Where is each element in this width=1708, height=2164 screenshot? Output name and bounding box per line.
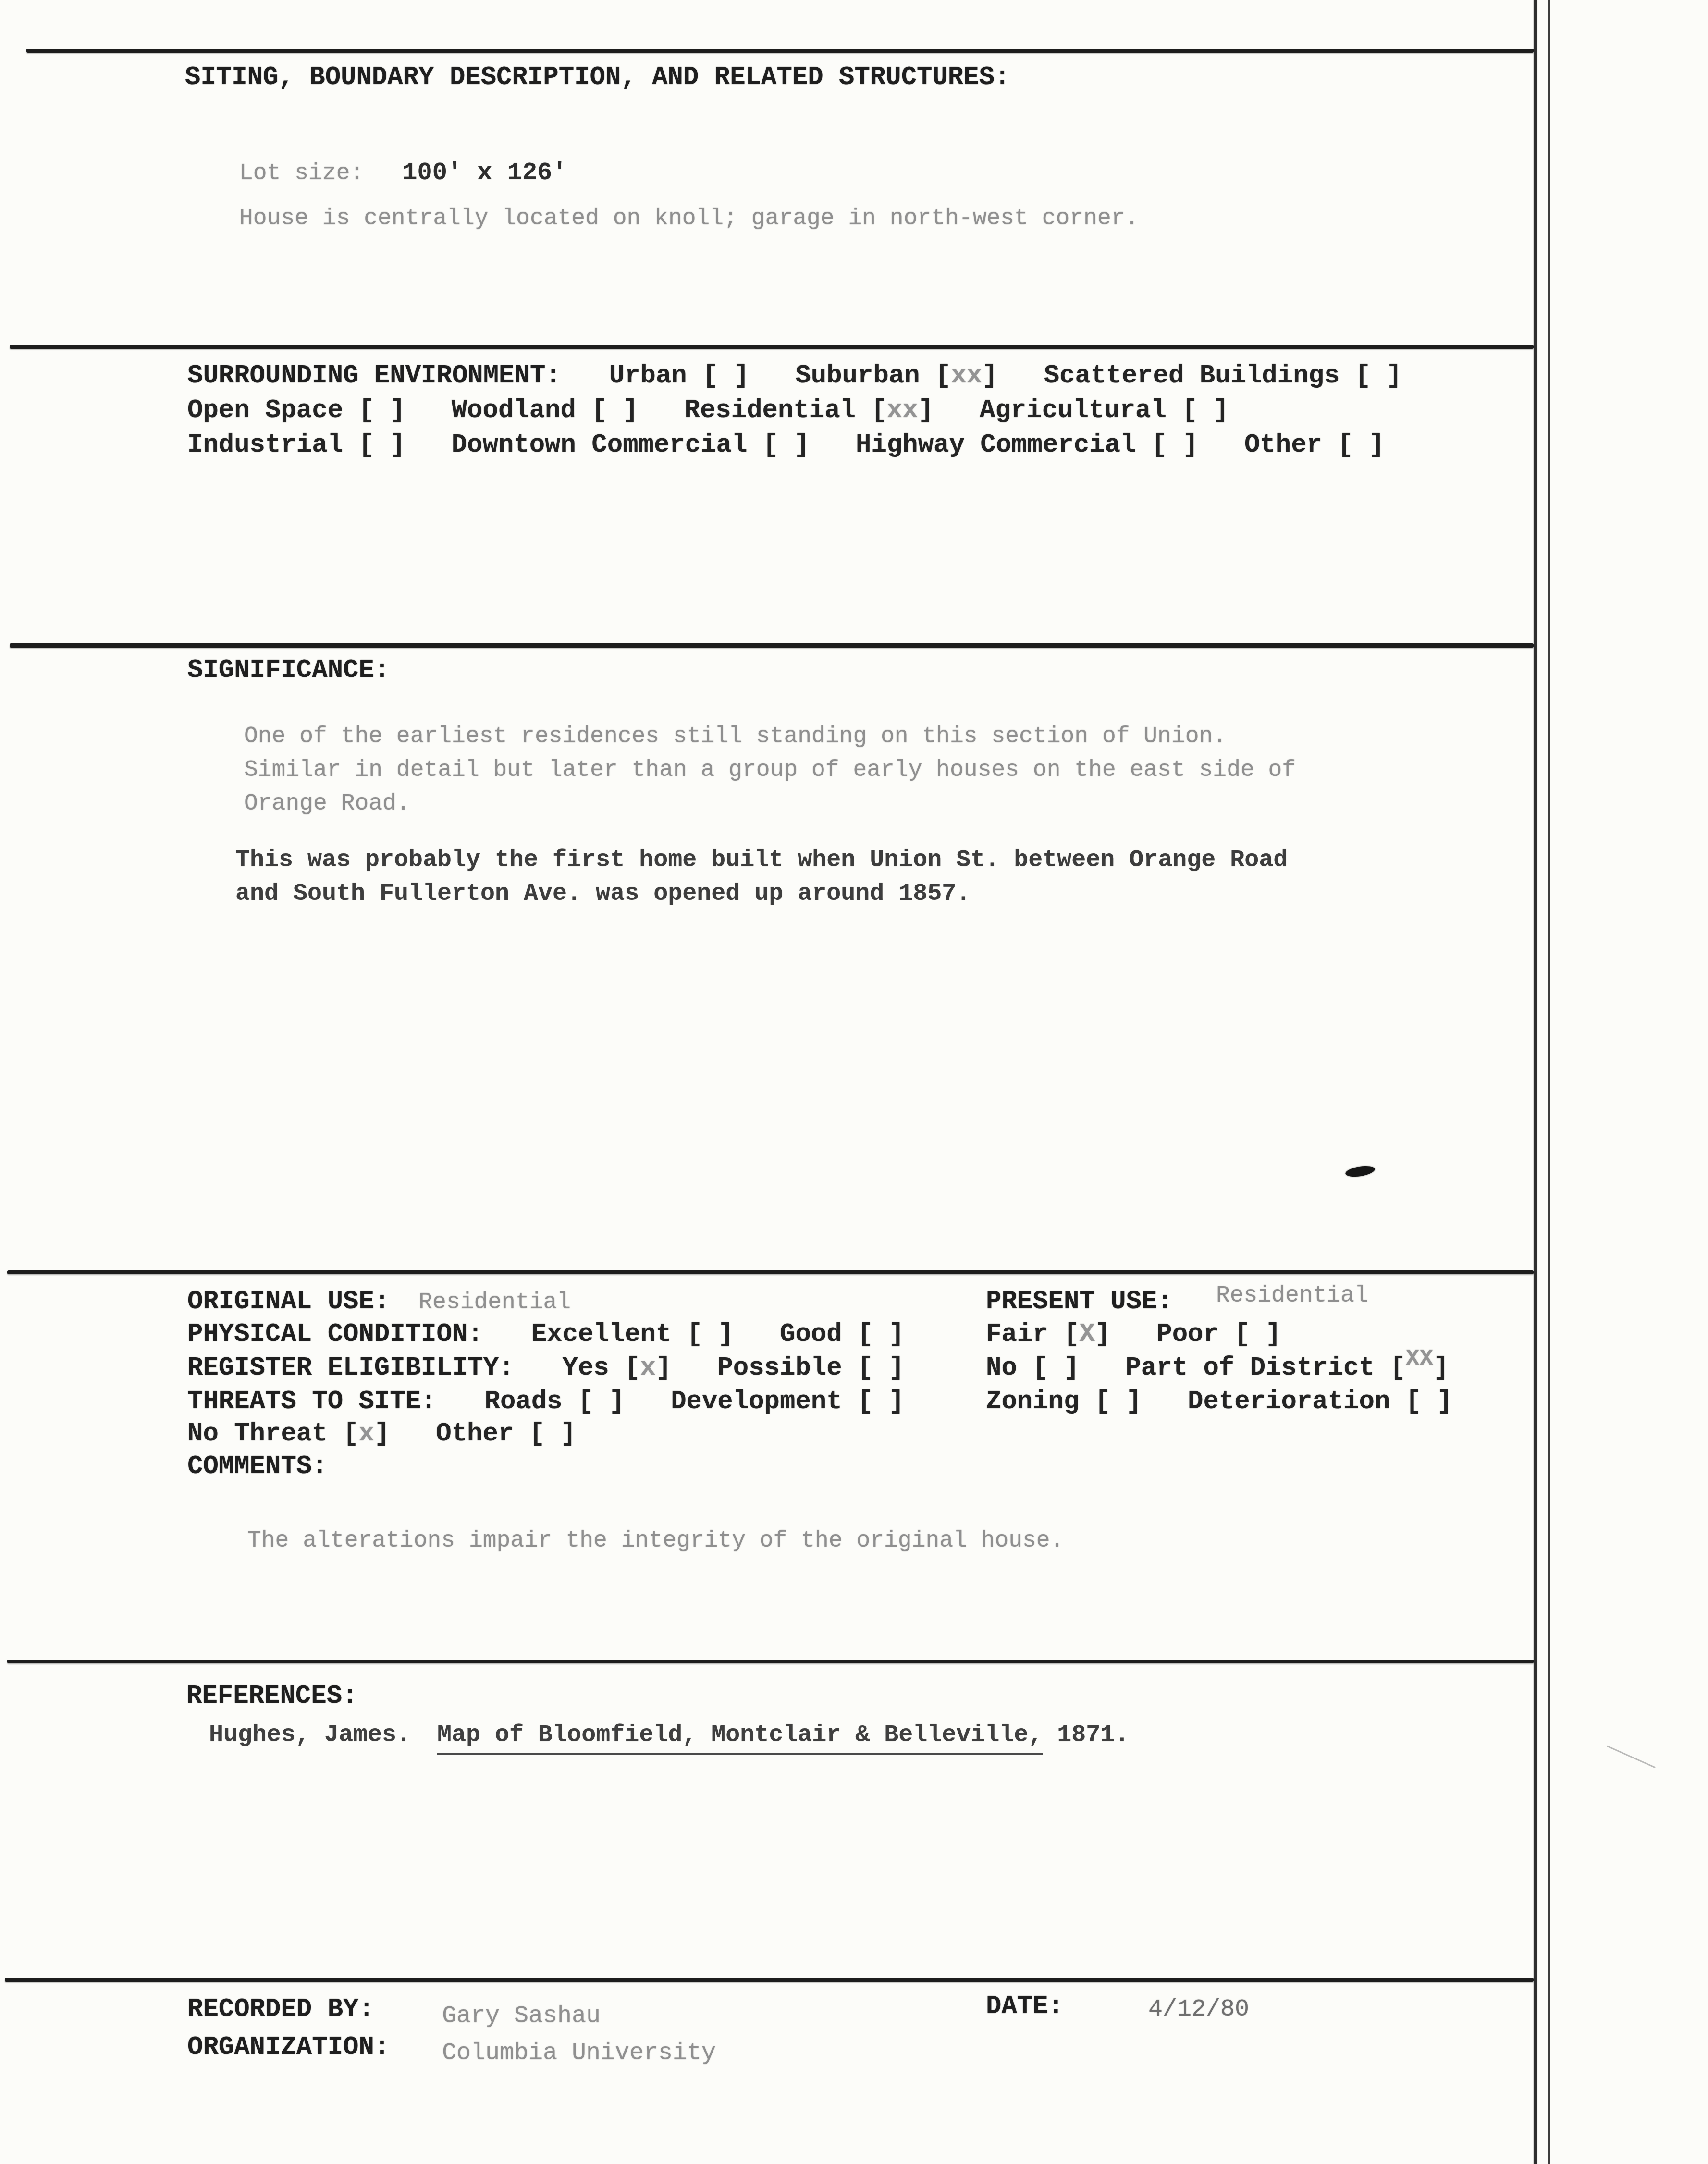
checkbox-mark bbox=[1421, 1387, 1437, 1416]
checkbox-industrial: Industrial [ ] bbox=[187, 445, 405, 454]
comment-text: The alterations impair the integrity of … bbox=[247, 1528, 1064, 1554]
paragraph-line: and South Fullerton Ave. was opened up a… bbox=[235, 877, 1288, 911]
present-use-value: Residential bbox=[1216, 1283, 1368, 1309]
checkbox-label: Other bbox=[436, 1419, 514, 1449]
checkbox-bracket: [ bbox=[1390, 1387, 1421, 1416]
checkbox-bracket: ] bbox=[374, 1419, 390, 1449]
present-use-label: PRESENT USE: bbox=[986, 1287, 1173, 1316]
checkbox-mark bbox=[702, 1320, 718, 1349]
checkbox-label: Industrial bbox=[187, 430, 343, 460]
original-use-value: Residential bbox=[418, 1290, 571, 1316]
checkbox-bracket: ] bbox=[794, 430, 810, 460]
checkbox-bracket: ] bbox=[1387, 361, 1402, 391]
environment-row-1: SURROUNDING ENVIRONMENT:Urban [ ]Suburba… bbox=[187, 361, 1402, 391]
environment-row-3: Industrial [ ]Downtown Commercial [ ]Hig… bbox=[187, 430, 1385, 460]
date-label: DATE: bbox=[986, 1992, 1064, 2021]
checkbox-bracket: [ bbox=[747, 430, 778, 460]
checkbox-bracket: [ bbox=[842, 1387, 873, 1416]
checkbox-mark bbox=[873, 1387, 888, 1416]
reference-title: Map of Bloomfield, Montclair & Bellevill… bbox=[437, 1721, 1043, 1755]
comments-label: COMMENTS: bbox=[187, 1452, 328, 1481]
checkbox-label: No bbox=[986, 1353, 1017, 1383]
checkbox-mark bbox=[374, 396, 390, 425]
present-use-row: PRESENT USE:Residential bbox=[986, 1287, 1368, 1316]
checkbox-bracket: ] bbox=[390, 396, 405, 425]
checkbox-bracket: [ bbox=[576, 396, 607, 425]
environment-options-2: Open Space [ ]Woodland [ ]Residential [x… bbox=[187, 411, 1229, 419]
survey-form-page: SITING, BOUNDARY DESCRIPTION, AND RELATE… bbox=[0, 0, 1708, 2164]
checkbox-bracket: ] bbox=[623, 396, 638, 425]
checkbox-label: Residential bbox=[685, 396, 856, 425]
checkbox-bracket: [ bbox=[514, 1419, 545, 1449]
checkbox-label: Deterioration bbox=[1188, 1387, 1390, 1416]
reference-year: 1871. bbox=[1057, 1721, 1129, 1749]
recorded-by-value: Gary Sashau bbox=[442, 2003, 601, 2030]
checkbox-label: Scattered Buildings bbox=[1044, 361, 1340, 391]
checkbox-label: Urban bbox=[609, 361, 687, 391]
physical-condition-options-right: Fair [X]Poor [ ] bbox=[986, 1335, 1281, 1343]
checkbox-fair: Fair [X] bbox=[986, 1335, 1110, 1343]
checkbox-bracket: [ bbox=[687, 361, 718, 391]
checkbox-bracket: [ bbox=[343, 430, 374, 460]
checkbox-label: Fair bbox=[986, 1320, 1048, 1349]
checkbox-bracket: [ bbox=[1017, 1353, 1048, 1383]
checkbox-bracket: ] bbox=[1266, 1320, 1281, 1349]
checkbox-scattered-buildings: Scattered Buildings [ ] bbox=[1044, 376, 1402, 385]
register-eligibility-row-left: REGISTER ELIGIBILITY:Yes [x]Possible [ ] bbox=[187, 1353, 904, 1383]
organization-value: Columbia University bbox=[442, 2040, 716, 2067]
register-eligibility-options-right: No [ ]Part of District [XX] bbox=[986, 1368, 1449, 1377]
checkbox-bracket: [ bbox=[1375, 1353, 1406, 1383]
checkbox-mark bbox=[718, 361, 734, 391]
checkbox-label: Possible bbox=[717, 1353, 842, 1383]
checkbox-poor: Poor [ ] bbox=[1156, 1335, 1281, 1343]
recorded-by-row: RECORDED BY: bbox=[187, 1995, 374, 2024]
checkbox-bracket: [ bbox=[563, 1387, 594, 1416]
checkbox-other: Other [ ] bbox=[1244, 445, 1385, 454]
physical-condition-label: PHYSICAL CONDITION: bbox=[187, 1320, 483, 1349]
checkbox-mark bbox=[1110, 1387, 1126, 1416]
divider-line-significance bbox=[10, 643, 1534, 648]
checkbox-highway-commercial: Highway Commercial [ ] bbox=[856, 445, 1198, 454]
checkbox-bracket: ] bbox=[889, 1320, 904, 1349]
checkbox-roads: Roads [ ] bbox=[484, 1402, 625, 1411]
checkbox-bracket: ] bbox=[1437, 1387, 1452, 1416]
checkbox-mark bbox=[873, 1353, 888, 1383]
checkbox-bracket: ] bbox=[1213, 396, 1229, 425]
reference-entry: Hughes, James.Map of Bloomfield, Montcla… bbox=[209, 1721, 1129, 1749]
environment-label: SURROUNDING ENVIRONMENT: bbox=[187, 361, 561, 391]
checkbox-bracket: [ bbox=[1079, 1387, 1110, 1416]
checkbox-label: No Threat bbox=[187, 1419, 328, 1449]
register-eligibility-row-right: No [ ]Part of District [XX] bbox=[986, 1353, 1449, 1383]
checkbox-label: Good bbox=[780, 1320, 842, 1349]
scratch-mark bbox=[1607, 1746, 1656, 1768]
threats-row-left: THREATS TO SITE:Roads [ ]Development [ ] bbox=[187, 1387, 904, 1416]
checkbox-mark bbox=[1048, 1353, 1064, 1383]
checkbox-bracket: [ bbox=[671, 1320, 702, 1349]
checkbox-woodland: Woodland [ ] bbox=[452, 411, 639, 419]
divider-line-footer bbox=[5, 1978, 1534, 1982]
environment-options-3: Industrial [ ]Downtown Commercial [ ]Hig… bbox=[187, 445, 1385, 454]
vertical-border-outer bbox=[1548, 0, 1550, 2164]
threats-options-row2: No Threat [x]Other [ ] bbox=[187, 1434, 576, 1443]
checkbox-mark bbox=[593, 1387, 609, 1416]
divider-line-environment bbox=[10, 345, 1534, 349]
checkbox-label: Part of District bbox=[1125, 1353, 1374, 1383]
checkbox-urban: Urban [ ] bbox=[609, 376, 750, 385]
lot-size-label: Lot size: bbox=[239, 160, 364, 186]
checkbox-bracket: ] bbox=[889, 1387, 904, 1416]
significance-paragraph: One of the earliest residences still sta… bbox=[244, 720, 1296, 821]
checkbox-open-space: Open Space [ ] bbox=[187, 411, 405, 419]
checkbox-bracket: [ bbox=[1322, 430, 1353, 460]
checkbox-mark bbox=[1198, 396, 1213, 425]
checkbox-mark: XX bbox=[1406, 1346, 1434, 1372]
lot-size-row: Lot size:100' x 126' bbox=[239, 159, 567, 187]
checkbox-mark bbox=[1353, 430, 1369, 460]
checkbox-bracket: ] bbox=[1126, 1387, 1142, 1416]
physical-condition-row-left: PHYSICAL CONDITION:Excellent [ ]Good [ ] bbox=[187, 1320, 904, 1349]
checkbox-label: Downtown Commercial bbox=[452, 430, 748, 460]
divider-line-usage bbox=[7, 1270, 1534, 1274]
threats-options-left: Roads [ ]Development [ ] bbox=[484, 1402, 904, 1411]
checkbox-label: Yes bbox=[563, 1353, 609, 1383]
checkbox-mark: xx bbox=[887, 396, 918, 425]
checkbox-no: No [ ] bbox=[986, 1368, 1079, 1377]
original-use-row: ORIGINAL USE:Residential bbox=[187, 1287, 571, 1316]
checkbox-mark bbox=[1167, 430, 1182, 460]
checkbox-bracket: [ bbox=[842, 1320, 873, 1349]
physical-condition-options-left: Excellent [ ]Good [ ] bbox=[531, 1335, 905, 1343]
checkbox-bracket: ] bbox=[1433, 1353, 1449, 1383]
checkbox-mark bbox=[778, 430, 794, 460]
checkbox-label: Development bbox=[671, 1387, 842, 1416]
siting-description: House is centrally located on knoll; gar… bbox=[239, 206, 1139, 232]
checkbox-good: Good [ ] bbox=[780, 1335, 904, 1343]
checkbox-bracket: ] bbox=[734, 361, 749, 391]
siting-section-title: SITING, BOUNDARY DESCRIPTION, AND RELATE… bbox=[185, 63, 1010, 92]
checkbox-mark: xx bbox=[951, 361, 982, 391]
checkbox-yes: Yes [x] bbox=[563, 1368, 672, 1377]
checkbox-mark bbox=[873, 1320, 888, 1349]
significance-statement: This was probably the first home built w… bbox=[235, 844, 1288, 911]
checkbox-bracket: [ bbox=[842, 1353, 873, 1383]
checkbox-bracket: ] bbox=[561, 1419, 576, 1449]
threats-row-right: Zoning [ ]Deterioration [ ] bbox=[986, 1387, 1452, 1416]
threats-options-right: Zoning [ ]Deterioration [ ] bbox=[986, 1402, 1452, 1411]
checkbox-bracket: [ bbox=[1167, 396, 1198, 425]
reference-author: Hughes, James. bbox=[209, 1721, 411, 1749]
checkbox-bracket: ] bbox=[1183, 430, 1198, 460]
checkbox-label: Open Space bbox=[187, 396, 343, 425]
references-title: REFERENCES: bbox=[186, 1682, 357, 1711]
checkbox-mark bbox=[1250, 1320, 1266, 1349]
checkbox-bracket: ] bbox=[1369, 430, 1384, 460]
checkbox-bracket: [ bbox=[328, 1419, 359, 1449]
paragraph-line: One of the earliest residences still sta… bbox=[244, 720, 1296, 753]
checkbox-residential: Residential [xx] bbox=[685, 411, 934, 419]
checkbox-mark bbox=[1371, 361, 1386, 391]
checkbox-mark bbox=[545, 1419, 560, 1449]
checkbox-possible: Possible [ ] bbox=[717, 1368, 904, 1377]
checkbox-bracket: ] bbox=[609, 1387, 625, 1416]
checkbox-bracket: ] bbox=[1095, 1320, 1110, 1349]
threats-label: THREATS TO SITE: bbox=[187, 1387, 436, 1416]
checkbox-mark: x bbox=[640, 1353, 656, 1383]
threats-row-2: No Threat [x]Other [ ] bbox=[187, 1419, 576, 1449]
checkbox-bracket: [ bbox=[343, 396, 374, 425]
checkbox-bracket: [ bbox=[609, 1353, 640, 1383]
checkbox-bracket: [ bbox=[1136, 430, 1167, 460]
checkbox-label: Roads bbox=[484, 1387, 562, 1416]
checkbox-agricultural: Agricultural [ ] bbox=[980, 411, 1229, 419]
checkbox-label: Zoning bbox=[986, 1387, 1079, 1416]
lot-size-value: 100' x 126' bbox=[402, 159, 567, 187]
paragraph-line: Similar in detail but later than a group… bbox=[244, 753, 1296, 787]
checkbox-label: Suburban bbox=[795, 361, 920, 391]
checkbox-bracket: [ bbox=[1219, 1320, 1250, 1349]
checkbox-bracket: ] bbox=[918, 396, 934, 425]
checkbox-bracket: ] bbox=[889, 1353, 904, 1383]
divider-line-references bbox=[7, 1660, 1534, 1663]
checkbox-label: Highway Commercial bbox=[856, 430, 1136, 460]
checkbox-mark bbox=[374, 430, 390, 460]
significance-title: SIGNIFICANCE: bbox=[187, 656, 390, 685]
paragraph-line: Orange Road. bbox=[244, 787, 1296, 821]
divider-line-top bbox=[26, 49, 1534, 53]
checkbox-mark: X bbox=[1079, 1320, 1094, 1349]
checkbox-label: Excellent bbox=[531, 1320, 672, 1349]
original-use-label: ORIGINAL USE: bbox=[187, 1287, 390, 1316]
register-eligibility-options-left: Yes [x]Possible [ ] bbox=[563, 1368, 905, 1377]
checkbox-part-of-district: Part of District [XX] bbox=[1125, 1368, 1449, 1377]
physical-condition-row-right: Fair [X]Poor [ ] bbox=[986, 1320, 1281, 1349]
checkbox-mark: x bbox=[358, 1419, 374, 1449]
checkbox-label: Woodland bbox=[452, 396, 576, 425]
checkbox-bracket: ] bbox=[656, 1353, 671, 1383]
checkbox-excellent: Excellent [ ] bbox=[531, 1335, 734, 1343]
checkbox-zoning: Zoning [ ] bbox=[986, 1402, 1142, 1411]
recorded-by-label: RECORDED BY: bbox=[187, 1995, 374, 2024]
checkbox-other: Other [ ] bbox=[436, 1434, 576, 1443]
checkbox-deterioration: Deterioration [ ] bbox=[1188, 1402, 1452, 1411]
date-value: 4/12/80 bbox=[1148, 1996, 1249, 2023]
checkbox-label: Poor bbox=[1156, 1320, 1219, 1349]
checkbox-bracket: [ bbox=[1339, 361, 1371, 391]
environment-row-2: Open Space [ ]Woodland [ ]Residential [x… bbox=[187, 396, 1229, 425]
paragraph-line: This was probably the first home built w… bbox=[235, 844, 1288, 877]
checkbox-suburban: Suburban [xx] bbox=[795, 376, 997, 385]
checkbox-downtown-commercial: Downtown Commercial [ ] bbox=[452, 445, 810, 454]
checkbox-mark bbox=[607, 396, 623, 425]
environment-options-1: Urban [ ]Suburban [xx]Scattered Building… bbox=[609, 376, 1402, 385]
checkbox-bracket: ] bbox=[1064, 1353, 1079, 1383]
checkbox-development: Development [ ] bbox=[671, 1402, 904, 1411]
checkbox-bracket: [ bbox=[920, 361, 951, 391]
checkbox-label: Agricultural bbox=[980, 396, 1167, 425]
checkbox-bracket: ] bbox=[718, 1320, 734, 1349]
checkbox-label: Other bbox=[1244, 430, 1322, 460]
ink-dash-mark bbox=[1345, 1164, 1376, 1178]
register-eligibility-label: REGISTER ELIGIBILITY: bbox=[187, 1353, 515, 1383]
checkbox-bracket: [ bbox=[1048, 1320, 1080, 1349]
checkbox-no-threat: No Threat [x] bbox=[187, 1434, 390, 1443]
checkbox-bracket: [ bbox=[856, 396, 887, 425]
checkbox-bracket: ] bbox=[982, 361, 997, 391]
vertical-border-inner bbox=[1534, 0, 1537, 2164]
organization-label: ORGANIZATION: bbox=[187, 2033, 390, 2062]
checkbox-bracket: ] bbox=[390, 430, 405, 460]
